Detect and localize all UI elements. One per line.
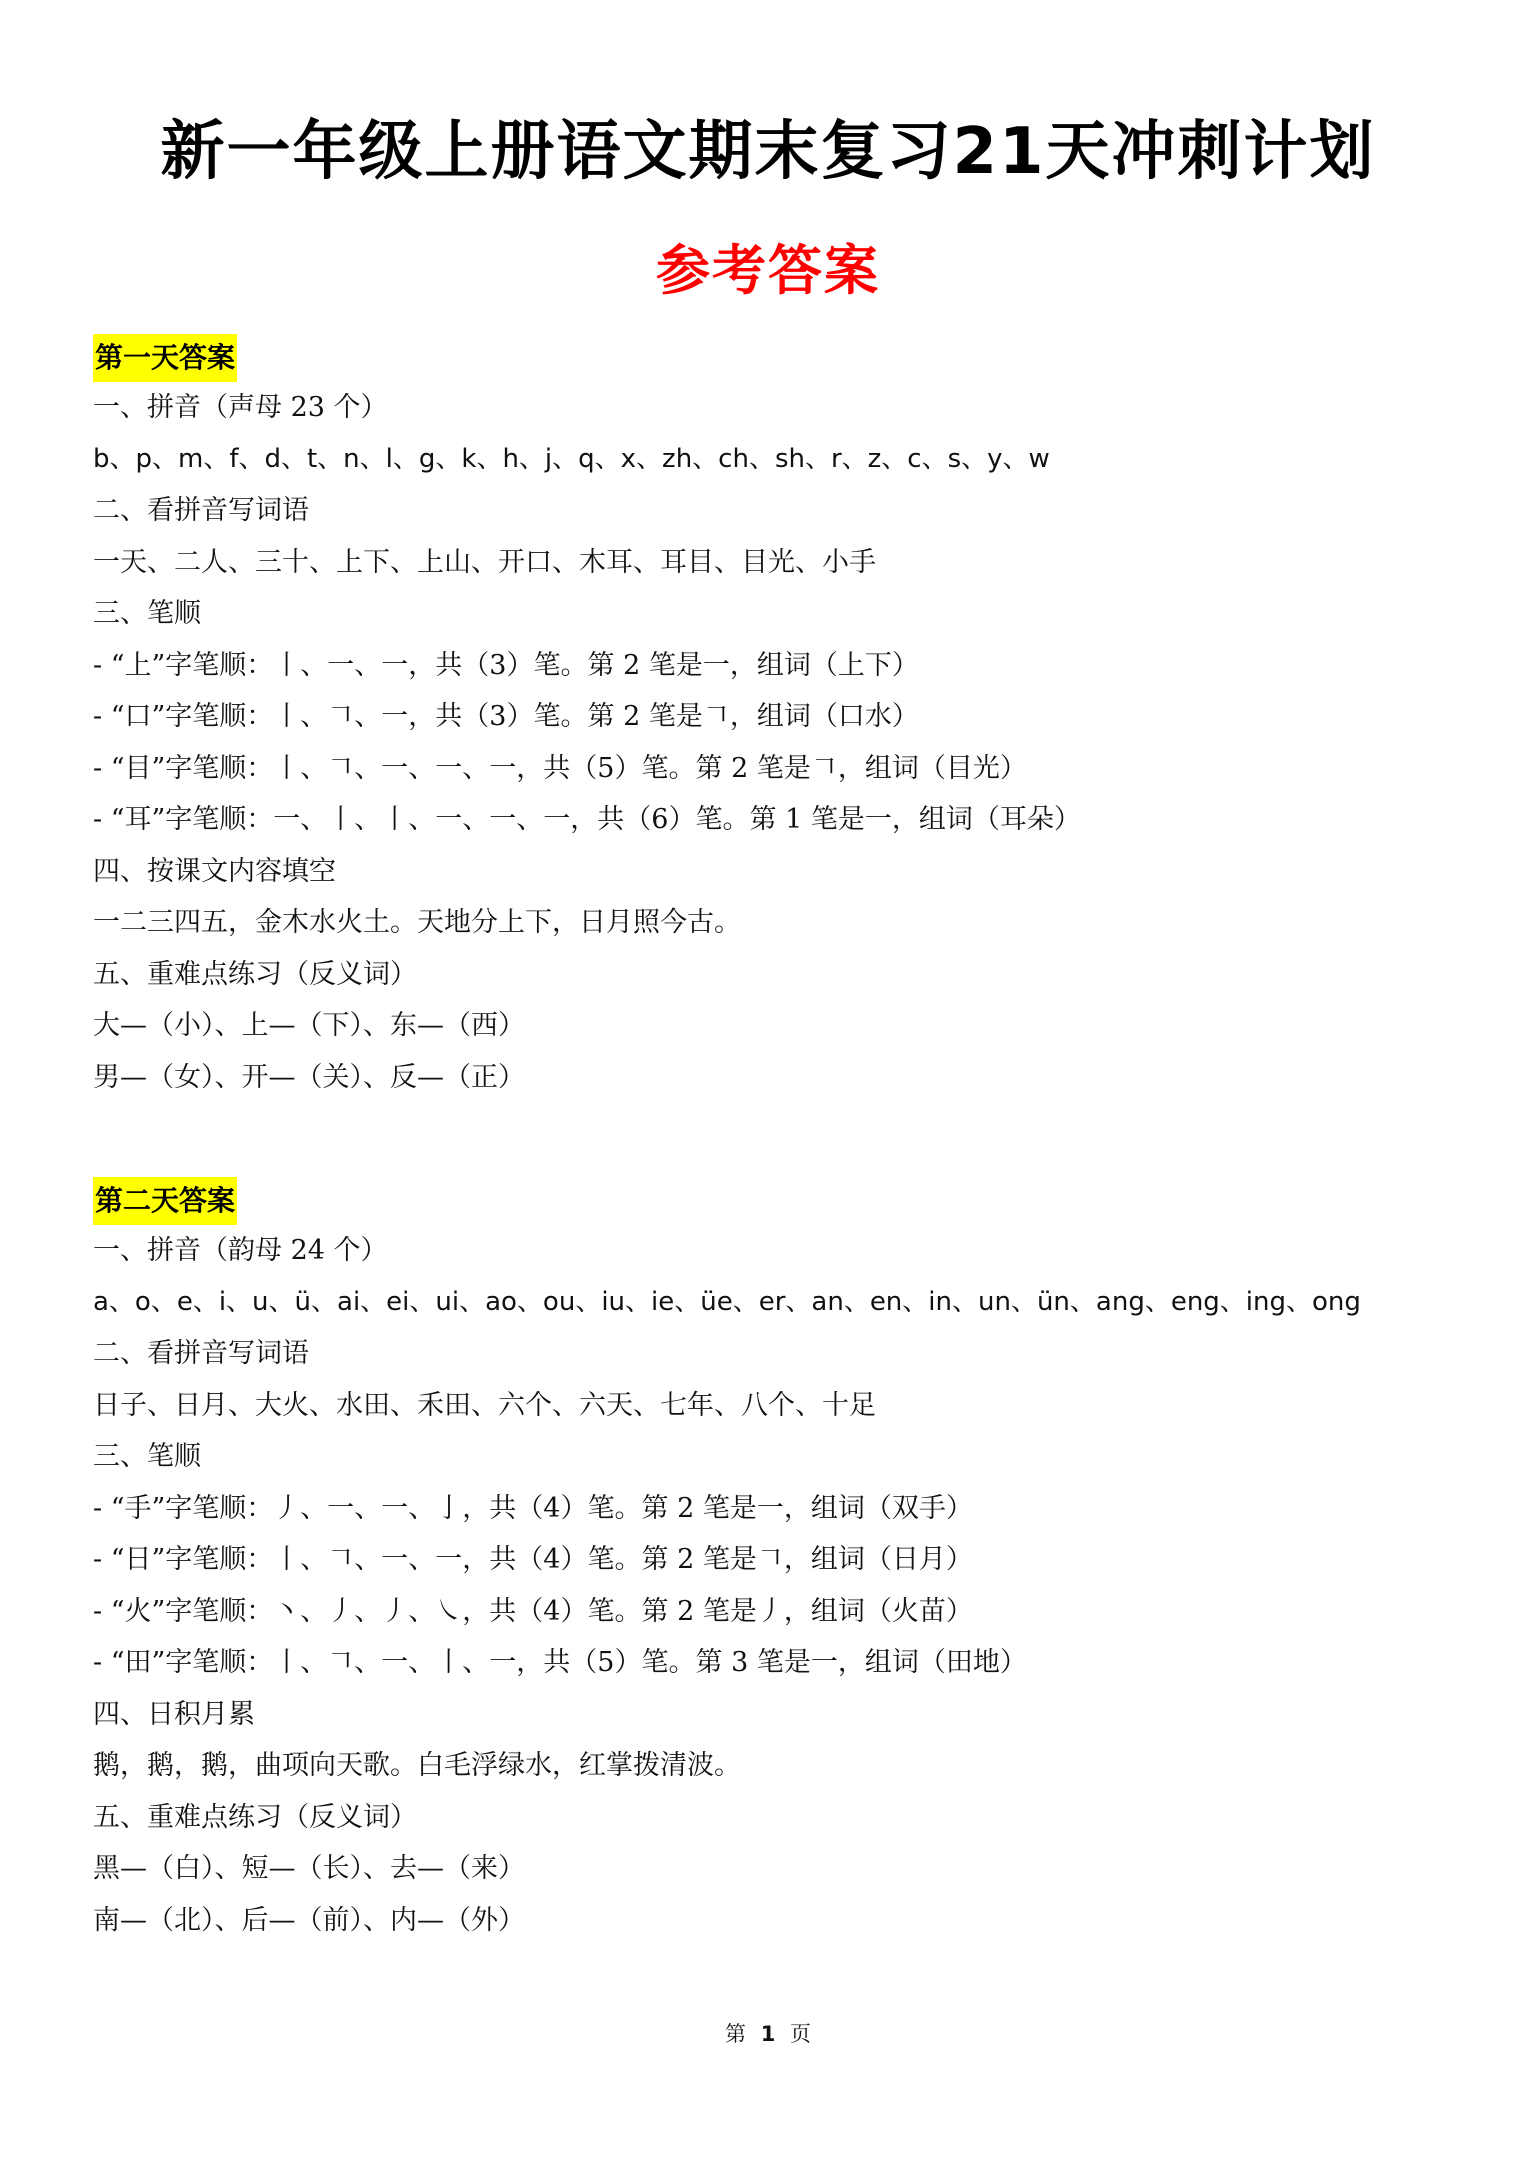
section-heading: 一、拼音（韵母 24 个）	[93, 1225, 1493, 1277]
day-1-block: 第一天答案 一、拼音（声母 23 个） b、p、m、f、d、t、n、l、g、k、…	[93, 334, 1493, 1103]
day-1-heading: 第一天答案	[93, 334, 237, 382]
answer-content: 第一天答案 一、拼音（声母 23 个） b、p、m、f、d、t、n、l、g、k、…	[93, 334, 1493, 1946]
antonym-line: 大—（小）、上—（下）、东—（西）	[93, 1000, 1493, 1052]
answer-line: b、p、m、f、d、t、n、l、g、k、h、j、q、x、zh、ch、sh、r、z…	[93, 434, 1493, 486]
page-number-prefix: 第	[725, 2022, 746, 2046]
stroke-order-line: - “日”字笔顺：丨、𠃍、一、一，共（4）笔。第 2 笔是𠃍，组词（日月）	[93, 1534, 1493, 1586]
stroke-order-line: - “口”字笔顺：丨、𠃍、一，共（3）笔。第 2 笔是𠃍，组词（口水）	[93, 691, 1493, 743]
section-heading: 三、笔顺	[93, 588, 1493, 640]
stroke-order-line: - “上”字笔顺：丨、一、一，共（3）笔。第 2 笔是一，组词（上下）	[93, 640, 1493, 692]
document-subtitle: 参考答案	[0, 236, 1536, 306]
page-number-suffix: 页	[790, 2022, 811, 2046]
stroke-order-line: - “田”字笔顺：丨、𠃍、一、丨、一，共（5）笔。第 3 笔是一，组词（田地）	[93, 1637, 1493, 1689]
stroke-order-line: - “手”字笔顺：丿、一、一、亅，共（4）笔。第 2 笔是一，组词（双手）	[93, 1483, 1493, 1535]
answer-line: 一二三四五，金木水火土。天地分上下，日月照今古。	[93, 897, 1493, 949]
antonym-line: 黑—（白）、短—（长）、去—（来）	[93, 1843, 1493, 1895]
antonym-line: 男—（女）、开—（关）、反—（正）	[93, 1052, 1493, 1104]
section-heading: 四、按课文内容填空	[93, 846, 1493, 898]
day-2-heading: 第二天答案	[93, 1177, 237, 1225]
stroke-order-line: - “火”字笔顺：丶、丿、丿、㇏，共（4）笔。第 2 笔是丿，组词（火苗）	[93, 1586, 1493, 1638]
answer-line: 一天、二人、三十、上下、上山、开口、木耳、耳目、目光、小手	[93, 537, 1493, 589]
section-heading: 四、日积月累	[93, 1689, 1493, 1741]
section-heading: 三、笔顺	[93, 1431, 1493, 1483]
section-heading: 二、看拼音写词语	[93, 485, 1493, 537]
page-number-value: 1	[761, 2022, 776, 2046]
section-heading: 五、重难点练习（反义词）	[93, 949, 1493, 1001]
document-title: 新一年级上册语文期末复习21天冲刺计划	[0, 112, 1536, 192]
antonym-line: 南—（北）、后—（前）、内—（外）	[93, 1895, 1493, 1947]
day-2-block: 第二天答案 一、拼音（韵母 24 个） a、o、e、i、u、ü、ai、ei、ui…	[93, 1177, 1493, 1946]
answer-line: a、o、e、i、u、ü、ai、ei、ui、ao、ou、iu、ie、üe、er、a…	[93, 1277, 1493, 1329]
document-page: 新一年级上册语文期末复习21天冲刺计划 参考答案 第一天答案 一、拼音（声母 2…	[0, 0, 1536, 2171]
stroke-order-line: - “耳”字笔顺：一、丨、丨、一、一、一，共（6）笔。第 1 笔是一，组词（耳朵…	[93, 794, 1493, 846]
answer-line: 鹅，鹅，鹅，曲项向天歌。白毛浮绿水，红掌拨清波。	[93, 1740, 1493, 1792]
section-heading: 一、拼音（声母 23 个）	[93, 382, 1493, 434]
page-number: 第 1 页	[0, 2018, 1536, 2048]
day-spacer	[93, 1103, 1493, 1177]
section-heading: 五、重难点练习（反义词）	[93, 1792, 1493, 1844]
section-heading: 二、看拼音写词语	[93, 1328, 1493, 1380]
answer-line: 日子、日月、大火、水田、禾田、六个、六天、七年、八个、十足	[93, 1380, 1493, 1432]
stroke-order-line: - “目”字笔顺：丨、𠃍、一、一、一，共（5）笔。第 2 笔是𠃍，组词（目光）	[93, 743, 1493, 795]
